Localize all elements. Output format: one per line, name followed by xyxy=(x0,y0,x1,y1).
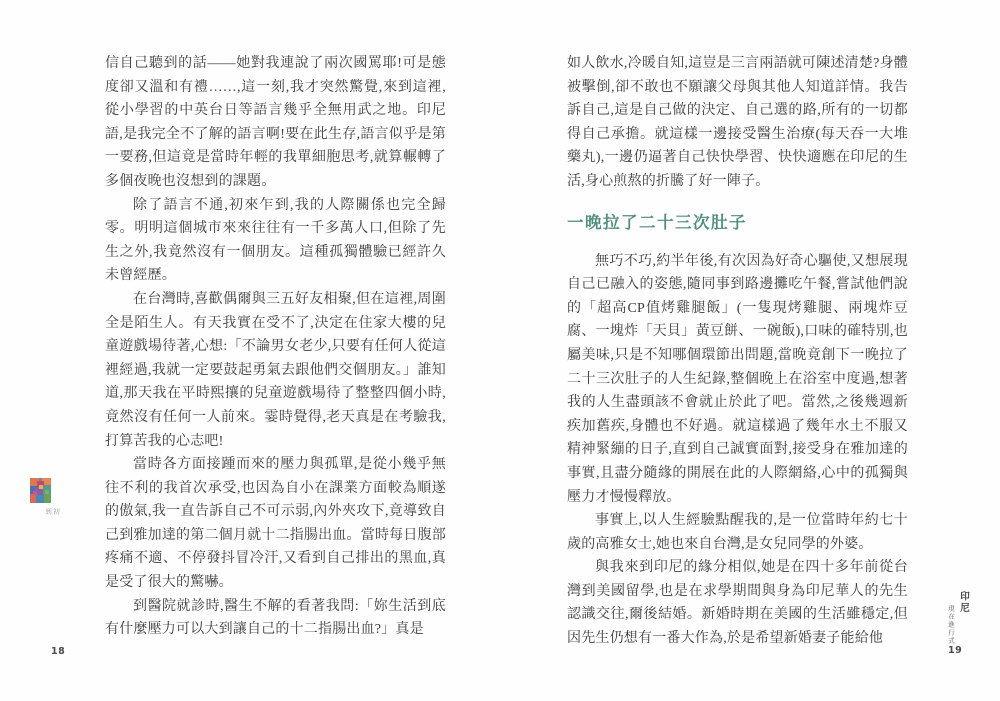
book-title-vertical: 印尼 xyxy=(957,591,968,614)
chapter-tab-label: 初到 xyxy=(43,508,59,517)
chapter-tab: 初到 xyxy=(30,478,51,503)
book-subtitle-vertical: 現在進行式 xyxy=(946,605,954,645)
body-paragraph: 與我來到印尼的緣分相似,她是在四十多年前從台灣到美國留學,也是在求學期間與身為印… xyxy=(567,556,908,650)
body-paragraph: 當時各方面接踵而來的壓力與孤單,是從小幾乎無往不利的我首次承受,也因為自小在課業… xyxy=(105,453,446,595)
right-page-text-column: 如人飲水,冷暖自知,這豈是三言兩語就可陳述清楚?身體被擊倒,卻不敢也不願讓父母與… xyxy=(567,52,908,652)
body-paragraph: 到醫院就診時,醫生不解的看著我問:「妳生活到底有什麼壓力可以大到讓自己的十二指腸… xyxy=(105,595,446,642)
body-paragraph: 無巧不巧,約半年後,有次因為好奇心驅使,又想展現自己已融入的姿態,隨同事到路邊攤… xyxy=(567,250,908,510)
left-page-number: 18 xyxy=(51,646,65,657)
body-paragraph: 除了語言不通,初來乍到,我的人際關係也完全歸零。明明這個城市來來往往有一千多萬人… xyxy=(105,194,446,288)
body-paragraph: 如人飲水,冷暖自知,這豈是三言兩語就可陳述清楚?身體被擊倒,卻不敢也不願讓父母與… xyxy=(567,52,908,194)
batik-pattern-icon xyxy=(30,478,51,503)
section-heading: 一晚拉了二十三次肚子 xyxy=(567,212,908,234)
body-paragraph: 信自己聽到的話——她對我連說了兩次國罵耶!可是態度卻又溫和有禮……,這一刻,我才… xyxy=(105,52,446,194)
left-page-text-column: 信自己聽到的話——她對我連說了兩次國罵耶!可是態度卻又溫和有禮……,這一刻,我才… xyxy=(105,52,446,652)
book-spread: 信自己聽到的話——她對我連說了兩次國罵耶!可是態度卻又溫和有禮……,這一刻,我才… xyxy=(0,0,1000,701)
right-page-number: 19 xyxy=(948,645,962,656)
body-paragraph: 事實上,以人生經驗點醒我的,是一位當時年約七十歲的高雅女士,她也來自台灣,是女兒… xyxy=(567,509,908,556)
body-paragraph: 在台灣時,喜歡偶爾與三五好友相聚,但在這裡,周圍全是陌生人。有天我實在受不了,決… xyxy=(105,288,446,453)
